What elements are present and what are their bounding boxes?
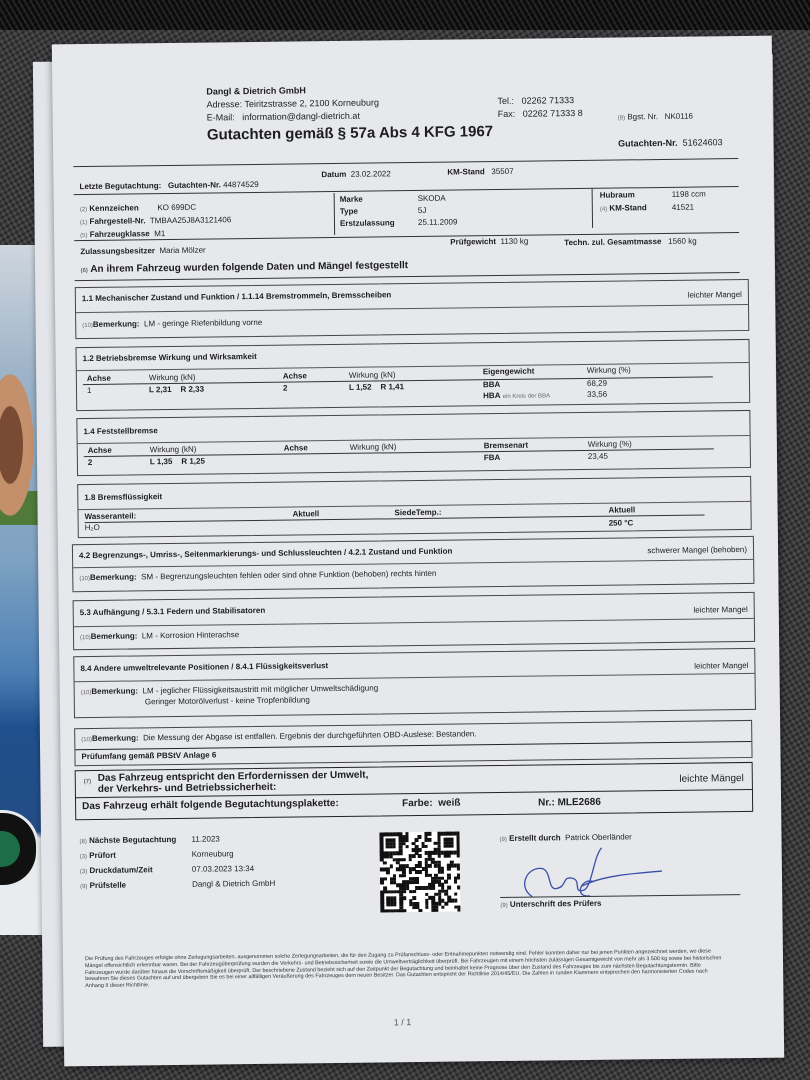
col-header: Eigengewicht — [483, 367, 535, 377]
col-header: Wasseranteil: — [84, 511, 136, 521]
section-1-2: 1.2 Betriebsbremse Wirkung und Wirksamke… — [75, 339, 750, 411]
col-header: Wirkung (kN) — [350, 442, 397, 452]
section-title: 4.2 Begrenzungs-, Umriss-, Seitenmarkier… — [79, 547, 452, 561]
plakette-farbe: Farbe: weiß — [402, 798, 460, 810]
company-tel: Tel.: 02262 71333 — [497, 95, 574, 106]
druckdatum: (3) Druckdatum/Zeit07.03.2023 13:34 — [80, 864, 254, 875]
erstellt-durch: (9) Erstellt durch Patrick Oberländer — [499, 832, 631, 843]
zulassungsbesitzer: Zulassungsbesitzer Maria Mölzer — [80, 246, 205, 257]
col-header: SiedeTemp.: — [394, 508, 441, 518]
exhaust-remark: (10)Bemerkung: Die Messung der Abgase is… — [81, 729, 476, 743]
section-1-4: 1.4 Feststellbremse Achse Wirkung (kN) A… — [76, 410, 751, 476]
col-header: Wirkung (kN) — [149, 373, 196, 383]
severity-badge: schwerer Mangel (behoben) — [647, 545, 747, 555]
verdict-line-2: der Verkehrs- und Betriebssicherheit: — [98, 782, 277, 795]
last-inspection: Letzte Begutachtung: Gutachten-Nr. 44874… — [79, 180, 258, 191]
col-header: Wirkung (%) — [587, 365, 631, 375]
severity-badge: leichter Mangel — [688, 290, 742, 300]
km-stand: (4) KM-Stand41521 — [600, 203, 694, 213]
section-1-8: 1.8 Bremsflüssigkeit Wasseranteil: Aktue… — [77, 476, 752, 538]
scope-label: Prüfumfang gemäß PBStV Anlage 6 — [81, 750, 216, 761]
last-inspection-date: Datum 23.02.2022 — [321, 169, 390, 179]
col-header: Bremsenart — [484, 441, 529, 451]
remark: (10)Bemerkung: LM - geringe Riefenbildun… — [82, 318, 262, 329]
section-title: 5.3 Aufhängung / 5.3.1 Federn und Stabil… — [80, 606, 266, 617]
plakette-label: Das Fahrzeug erhält folgende Begutachtun… — [82, 798, 339, 812]
next-inspection: (8) Nächste Begutachtung11.2023 — [79, 834, 219, 845]
document-title: Gutachten gemäß § 57a Abs 4 KFG 1967 — [207, 123, 493, 143]
col-header: Aktuell — [292, 509, 319, 518]
fahrzeugklasse: (5) Fahrzeugklasse M1 — [80, 229, 165, 239]
skoda-logo-icon — [0, 810, 39, 888]
severity-badge: leichter Mangel — [693, 605, 747, 615]
company-address: Adresse: Teiritzstrasse 2, 2100 Korneubu… — [206, 97, 379, 109]
section-title: 1.8 Bremsflüssigkeit — [84, 492, 162, 502]
exhaust-section: (10)Bemerkung: Die Messung der Abgase is… — [74, 720, 752, 766]
axle-value: 2 — [283, 384, 288, 393]
inspection-report-sheet: Dangl & Dietrich GmbH Adresse: Teiritzst… — [52, 36, 784, 1067]
verdict-box: (7)Das Fahrzeug entspricht den Erfordern… — [75, 762, 754, 820]
axle-force: L 1,35 R 1,25 — [150, 457, 205, 467]
siede-value: 250 °C — [609, 518, 634, 527]
verdict-result: leichte Mängel — [679, 773, 744, 785]
col-header: Achse — [88, 446, 112, 455]
col-header: Aktuell — [608, 505, 635, 514]
col-header: Wirkung (%) — [588, 439, 632, 449]
hba-label: HBA ein Kreis der BBA — [483, 390, 550, 400]
pruefort: (3) PrüfortKorneuburg — [80, 849, 234, 860]
marke: MarkeSKODA — [340, 194, 446, 204]
severity-badge: leichter Mangel — [694, 661, 748, 671]
page-number: 1 / 1 — [394, 1017, 412, 1027]
gutachten-nr: Gutachten-Nr. 51624603 — [618, 137, 723, 148]
flyer-photo — [0, 355, 40, 525]
section-4-2: 4.2 Begrenzungs-, Umriss-, Seitenmarkier… — [72, 536, 755, 592]
col-header: Achse — [87, 374, 111, 383]
bba-label: BBA — [483, 380, 500, 389]
section-title: 1.2 Betriebsbremse Wirkung und Wirksamke… — [83, 352, 257, 363]
axle1-force: L 2,31 R 2,33 — [149, 385, 204, 395]
company-email: E-Mail: information@dangl-dietrich.at — [207, 111, 360, 123]
hubraum: Hubraum1198 ccm — [600, 189, 706, 199]
section-5-3: 5.3 Aufhängung / 5.3.1 Federn und Stabil… — [73, 592, 756, 650]
company-fax: Fax: 02262 71333 8 — [498, 108, 583, 119]
erstzulassung: Erstzulassung25.11.2009 — [340, 217, 458, 227]
bba-value: 68,29 — [587, 379, 607, 388]
axle2-force: L 1,52 R 1,41 — [349, 382, 404, 392]
bgst-nr: (9) Bgst. Nr. NK0116 — [618, 112, 693, 122]
col-header: Achse — [283, 371, 307, 380]
last-inspection-km: KM-Stand 35507 — [447, 167, 513, 177]
remark: (10)Bemerkung: LM - Korrosion Hinterachs… — [80, 630, 239, 641]
col-header: Achse — [284, 443, 308, 452]
remark-line-2: Geringer Motorölverlust - keine Tropfenb… — [145, 695, 310, 706]
disclaimer-text: Die Prüfung des Fahrzeuges erfolgte ohne… — [85, 948, 725, 990]
wirkung-value: 23,45 — [588, 452, 608, 461]
axle-value: 2 — [88, 458, 93, 467]
remark: (10)Bemerkung: LM - jeglicher Flüssigkei… — [81, 683, 379, 696]
section-title: 1.4 Feststellbremse — [83, 426, 157, 436]
gesamtmasse: Techn. zul. Gesamtmasse 1560 kg — [564, 237, 696, 248]
type: Type5J — [340, 206, 427, 216]
findings-heading: (6) An ihrem Fahrzeug wurden folgende Da… — [80, 260, 408, 275]
col-header: Wirkung (kN) — [349, 370, 396, 380]
plakette-nr: Nr.: MLE2686 — [538, 797, 601, 809]
h2o-value: H₂O — [85, 523, 100, 532]
pruefstelle: (9) PrüfstelleDangl & Dietrich GmbH — [80, 879, 275, 890]
section-title: 8.4 Andere umweltrelevante Positionen / … — [80, 661, 328, 673]
remark: (10)Bemerkung: SM - Begrenzungsleuchten … — [79, 569, 436, 582]
signature-label: (9) Unterschrift des Prüfers — [500, 899, 601, 909]
kennzeichen: (2) Kennzeichen KO 699DC — [80, 203, 196, 213]
hba-value: 33,56 — [587, 390, 607, 399]
pruefgewicht: Prüfgewicht 1130 kg — [450, 237, 528, 247]
col-header: Wirkung (kN) — [150, 445, 197, 455]
section-1-1: 1.1 Mechanischer Zustand und Funktion / … — [75, 279, 750, 339]
axle-value: 1 — [87, 386, 92, 395]
qr-code-icon — [379, 832, 460, 913]
section-title: 1.1 Mechanischer Zustand und Funktion / … — [82, 290, 392, 303]
section-8-4: 8.4 Andere umweltrelevante Positionen / … — [73, 648, 756, 718]
bremsenart-value: FBA — [484, 453, 501, 462]
fahrgestell-nr: (1) Fahrgestell-Nr. TMBAA25J8A3121406 — [80, 215, 231, 226]
company-name: Dangl & Dietrich GmbH — [206, 85, 306, 96]
